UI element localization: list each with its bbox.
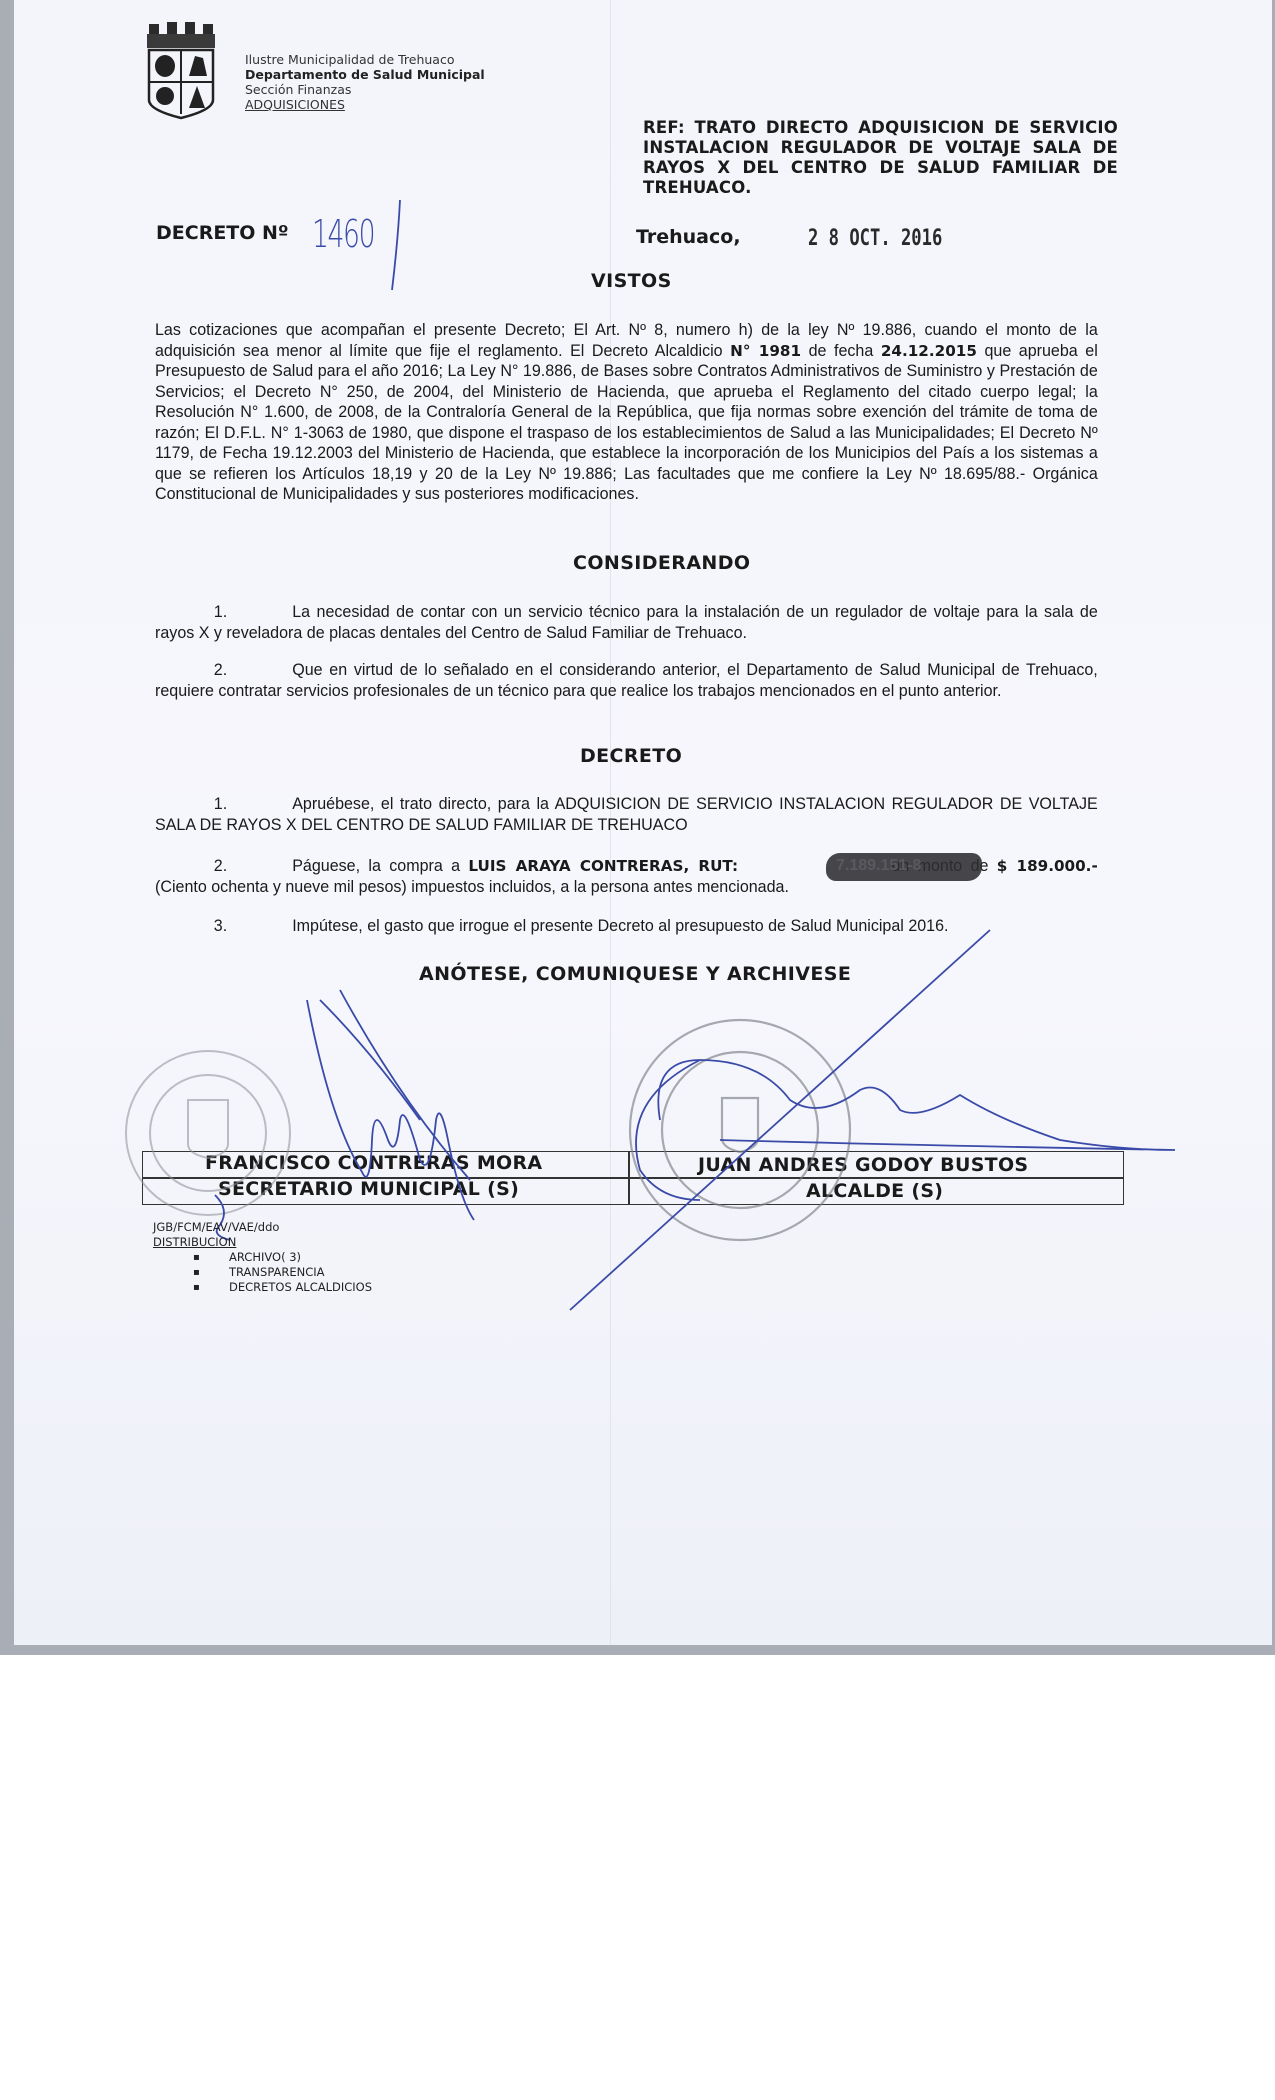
right-seal-icon (630, 1020, 850, 1240)
handwritten-signatures-icon (215, 200, 1175, 1310)
distribution-list: ARCHIVO( 3) TRANSPARENCIA DECRETOS ALCAL… (153, 1250, 372, 1295)
distribution-item: ARCHIVO( 3) (193, 1250, 372, 1265)
initials: JGB/FCM/EAV/VAE/ddo (153, 1220, 372, 1235)
distribution-item: TRANSPARENCIA (193, 1265, 372, 1280)
distribution-footer: JGB/FCM/EAV/VAE/ddo DISTRIBUCION ARCHIVO… (153, 1220, 372, 1295)
left-seal-icon (126, 1051, 290, 1215)
distribution-label: DISTRIBUCION (153, 1235, 372, 1250)
distribution-item: DECRETOS ALCALDICIOS (193, 1280, 372, 1295)
stamps-and-signatures (0, 0, 1275, 1400)
